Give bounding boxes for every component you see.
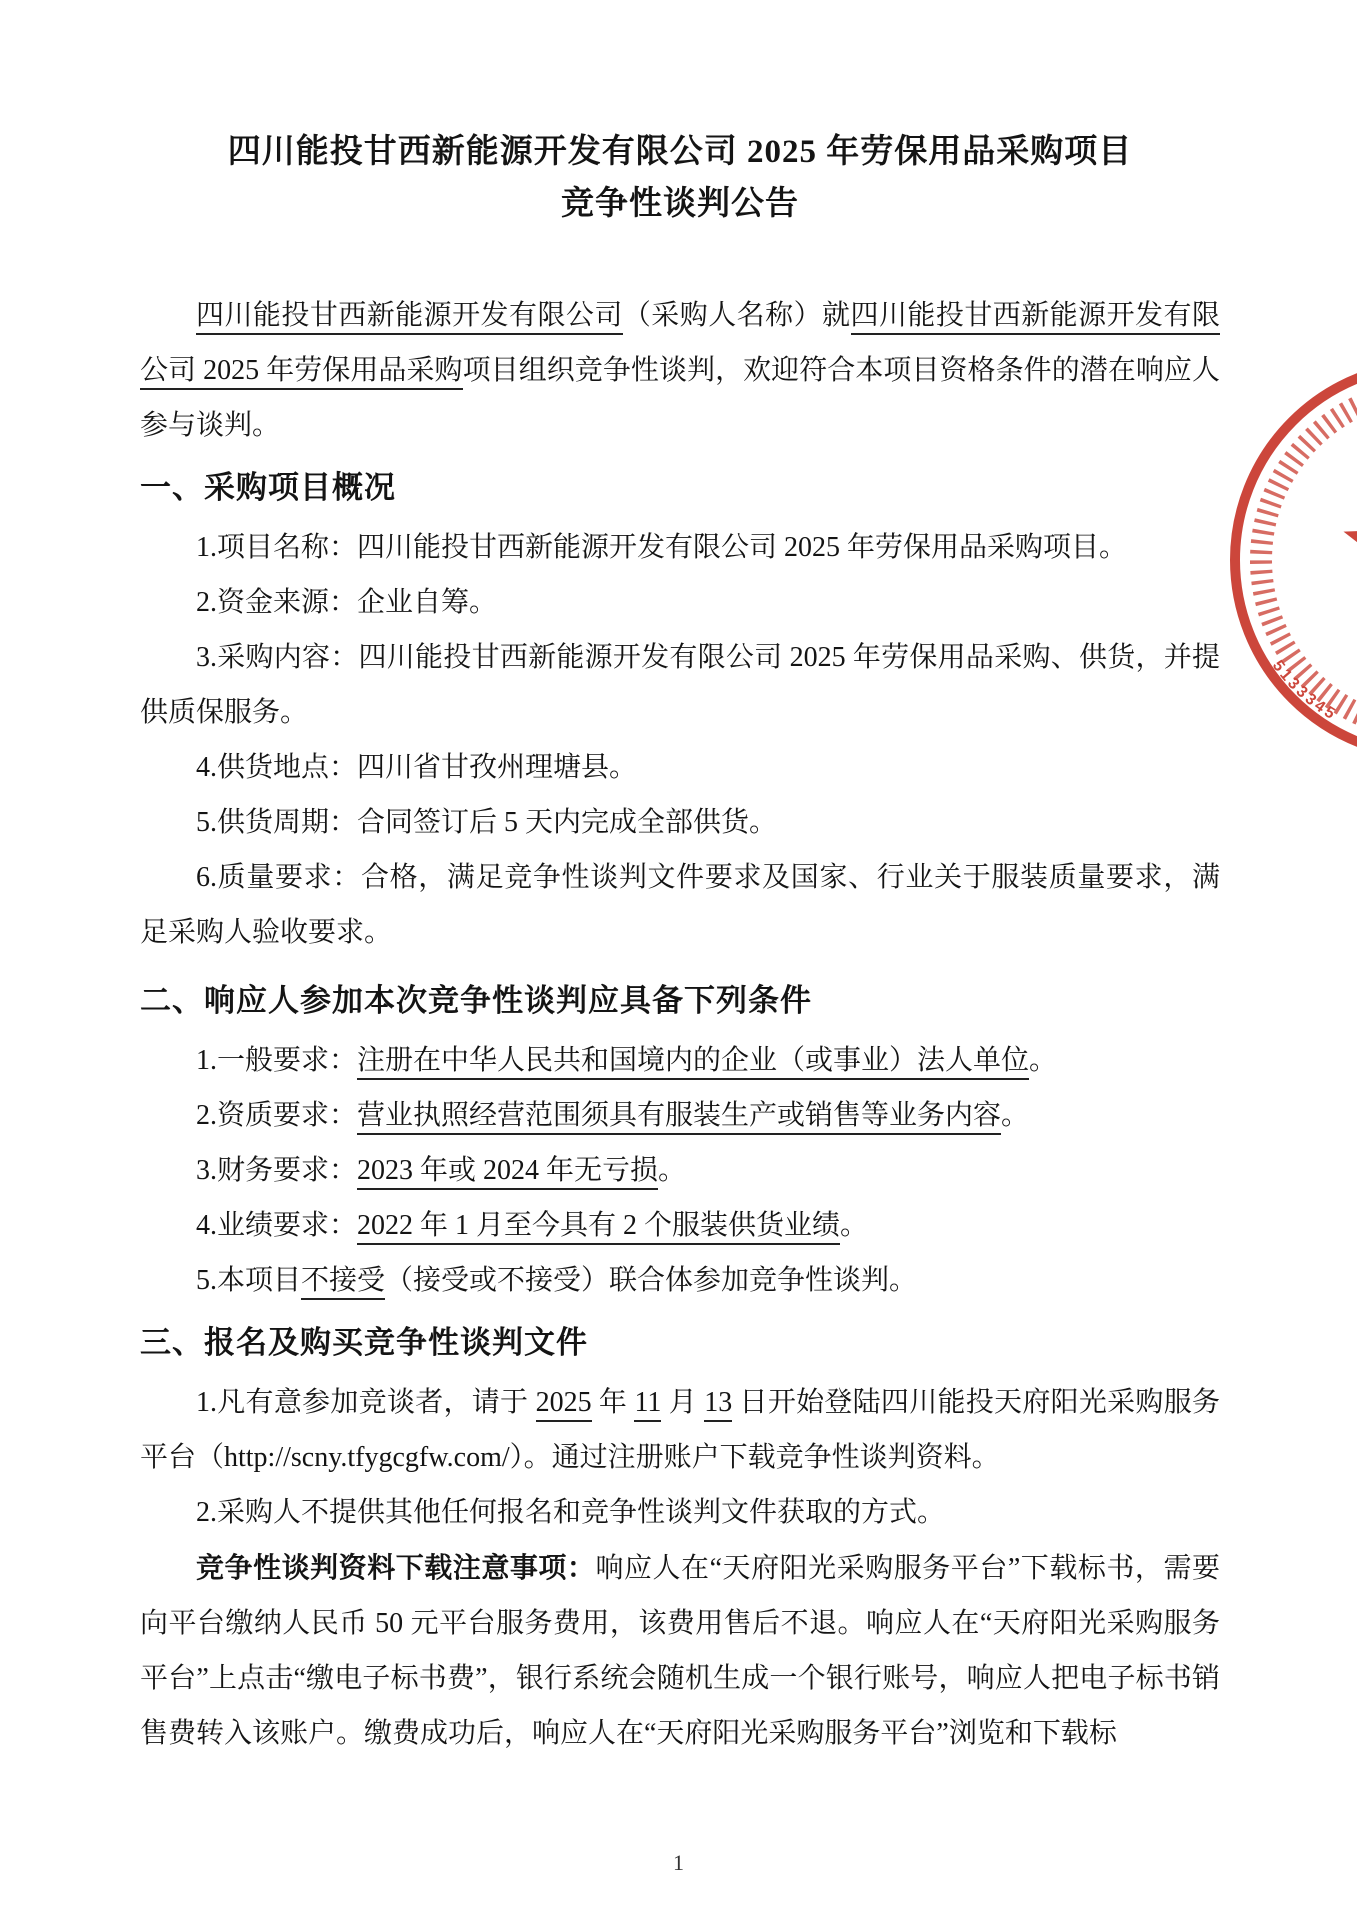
document-content: 四川能投甘西新能源开发有限公司 2025 年劳保用品采购项目 竞争性谈判公告 四…	[140, 126, 1220, 1761]
text-segment: 5.本项目	[196, 1265, 301, 1296]
text-segment: （接受或不接受）联合体参加竞争性谈判。	[385, 1265, 917, 1296]
text-segment: 1.一般要求：	[196, 1045, 357, 1076]
text-segment: 2025	[536, 1387, 592, 1422]
seal-serial-number: 5133345	[1269, 657, 1340, 724]
spacer	[140, 960, 1220, 966]
text-segment: 2023 年或 2024 年无亏损	[357, 1155, 658, 1190]
text-segment: 3.采购内容：四川能投甘西新能源开发有限公司 2025 年劳保用品采购、供货，并…	[140, 642, 1220, 728]
intro-paragraph: 四川能投甘西新能源开发有限公司（采购人名称）就四川能投甘西新能源开发有限公司 2…	[140, 288, 1220, 453]
text-segment: 年	[592, 1387, 635, 1418]
text-segment: 四川能投甘西新能源开发有限公司	[196, 300, 623, 335]
section-2-item-4: 4.业绩要求：2022 年 1 月至今具有 2 个服装供货业绩。	[140, 1198, 1220, 1253]
section-3-item-1: 1.凡有意参加竞谈者，请于 2025 年 11 月 13 日开始登陆四川能投天府…	[140, 1375, 1220, 1485]
section-1-item-2: 2.资金来源：企业自筹。	[140, 575, 1220, 630]
text-segment: （采购人名称）就	[623, 300, 851, 331]
text-segment: 注册在中华人民共和国境内的企业（或事业）法人单位	[357, 1045, 1029, 1080]
section-1-item-1: 1.项目名称：四川能投甘西新能源开发有限公司 2025 年劳保用品采购项目。	[140, 520, 1220, 575]
document-page: 四川能投甘西新能源开发有限公司 2025 年劳保用品采购项目 竞争性谈判公告 四…	[0, 0, 1357, 1920]
company-seal-stamp: 四川能投甘西 5133345	[1211, 340, 1357, 780]
section-1-heading: 一、采购项目概况	[140, 459, 1220, 516]
text-segment: 。	[840, 1210, 868, 1241]
text-segment: 2.资金来源：企业自筹。	[196, 587, 497, 618]
text-segment: 竞争性谈判资料下载注意事项：	[196, 1552, 595, 1583]
text-segment: 2.采购人不提供其他任何报名和竞争性谈判文件获取的方式。	[196, 1497, 945, 1528]
section-1-item-4: 4.供货地点：四川省甘孜州理塘县。	[140, 740, 1220, 795]
section-2-heading: 二、响应人参加本次竞争性谈判应具备下列条件	[140, 972, 1220, 1029]
section-3-heading: 三、报名及购买竞争性谈判文件	[140, 1314, 1220, 1371]
text-segment: 11	[634, 1387, 661, 1422]
text-segment: 3.财务要求：	[196, 1155, 357, 1186]
text-segment: 4.业绩要求：	[196, 1210, 357, 1241]
title-line-2: 竞争性谈判公告	[140, 178, 1220, 230]
text-segment: 月	[661, 1387, 704, 1418]
section-1-item-5: 5.供货周期：合同签订后 5 天内完成全部供货。	[140, 795, 1220, 850]
document-title: 四川能投甘西新能源开发有限公司 2025 年劳保用品采购项目 竞争性谈判公告	[140, 126, 1220, 230]
svg-text:5133345: 5133345	[1269, 657, 1340, 724]
text-segment: 5.供货周期：合同签订后 5 天内完成全部供货。	[196, 807, 777, 838]
seal-star	[1344, 468, 1357, 634]
section-2-item-1: 1.一般要求：注册在中华人民共和国境内的企业（或事业）法人单位。	[140, 1033, 1220, 1088]
section-2-item-5: 5.本项目不接受（接受或不接受）联合体参加竞争性谈判。	[140, 1253, 1220, 1308]
text-segment: 营业执照经营范围须具有服装生产或销售等业务内容	[357, 1100, 1001, 1135]
section-3-notice: 竞争性谈判资料下载注意事项：响应人在“天府阳光采购服务平台”下载标书，需要向平台…	[140, 1540, 1220, 1761]
title-line-1: 四川能投甘西新能源开发有限公司 2025 年劳保用品采购项目	[140, 126, 1220, 178]
section-3-item-2: 2.采购人不提供其他任何报名和竞争性谈判文件获取的方式。	[140, 1485, 1220, 1540]
section-2-item-2: 2.资质要求：营业执照经营范围须具有服装生产或销售等业务内容。	[140, 1088, 1220, 1143]
text-segment: 6.质量要求：合格，满足竞争性谈判文件要求及国家、行业关于服装质量要求，满足采购…	[140, 862, 1220, 948]
text-segment: 1.项目名称：四川能投甘西新能源开发有限公司 2025 年劳保用品采购项目。	[196, 532, 1127, 563]
section-2-item-3: 3.财务要求：2023 年或 2024 年无亏损。	[140, 1143, 1220, 1198]
section-1-item-6: 6.质量要求：合格，满足竞争性谈判文件要求及国家、行业关于服装质量要求，满足采购…	[140, 850, 1220, 960]
seal-outer-ring	[1235, 364, 1357, 756]
text-segment: 。	[658, 1155, 686, 1186]
text-segment: 4.供货地点：四川省甘孜州理塘县。	[196, 752, 637, 783]
section-1-item-3: 3.采购内容：四川能投甘西新能源开发有限公司 2025 年劳保用品采购、供货，并…	[140, 630, 1220, 740]
text-segment: 。	[1029, 1045, 1057, 1076]
text-segment: 13	[704, 1387, 732, 1422]
page-number: 1	[0, 1850, 1357, 1876]
text-segment: 。	[1001, 1100, 1029, 1131]
text-segment: 不接受	[301, 1265, 385, 1300]
seal-script-ring	[1261, 390, 1357, 730]
text-segment: 1.凡有意参加竞谈者，请于	[196, 1387, 536, 1418]
text-segment: 2022 年 1 月至今具有 2 个服装供货业绩	[357, 1210, 840, 1245]
text-segment: 2.资质要求：	[196, 1100, 357, 1131]
